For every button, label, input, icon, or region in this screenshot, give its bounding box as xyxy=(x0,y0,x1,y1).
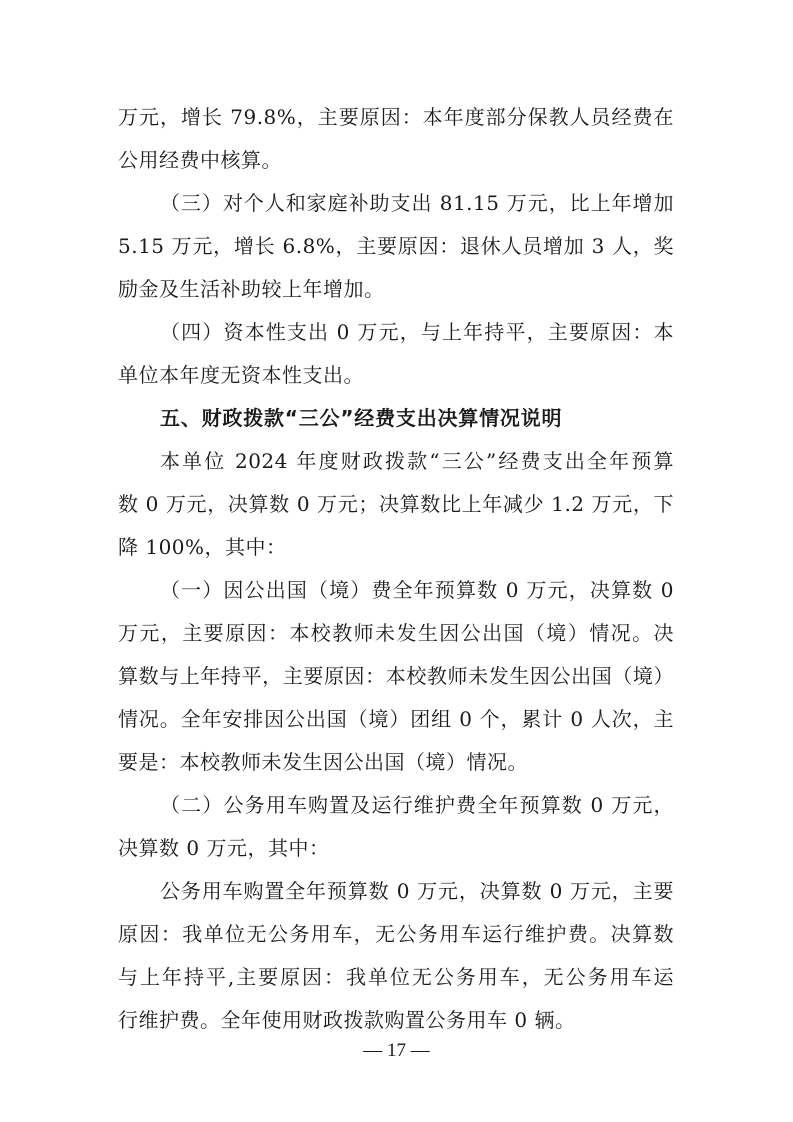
paragraph-capital-expense: （四）资本性支出 0 万元，与上年持平，主要原因：本 单位本年度无资本性支出。 xyxy=(118,311,674,397)
text-line: 行维护费。全年使用财政拨款购置公务用车 0 辆。 xyxy=(118,999,674,1042)
text-line: 5.15 万元，增长 6.8%，主要原因：退休人员增加 3 人，奖 xyxy=(118,225,674,268)
text-line: 决算数 0 万元，其中： xyxy=(118,827,674,870)
text-line: 单位本年度无资本性支出。 xyxy=(118,354,674,397)
text-line: 励金及生活补助较上年增加。 xyxy=(118,268,674,311)
text-line: 算数与上年持平，主要原因：本校教师未发生因公出国（境） xyxy=(118,655,674,698)
paragraph-overseas-travel: （一）因公出国（境）费全年预算数 0 万元，决算数 0 万元，主要原因：本校教师… xyxy=(118,569,674,784)
page-number: — 17 — xyxy=(0,1040,793,1062)
text-line: （二）公务用车购置及运行维护费全年预算数 0 万元， xyxy=(118,784,674,827)
paragraph-three-public-summary: 本单位 2024 年度财政拨款“三公”经费支出全年预算 数 0 万元，决算数 0… xyxy=(118,440,674,569)
section-heading-five: 五、财政拨款“三公”经费支出决算情况说明 xyxy=(118,397,674,440)
text-line: 万元，增长 79.8%，主要原因：本年度部分保教人员经费在 xyxy=(118,96,674,139)
text-line: 本单位 2024 年度财政拨款“三公”经费支出全年预算 xyxy=(118,440,674,483)
paragraph-vehicle-purchase: 公务用车购置全年预算数 0 万元，决算数 0 万元，主要 原因：我单位无公务用车… xyxy=(118,870,674,1042)
text-line: （一）因公出国（境）费全年预算数 0 万元，决算数 0 xyxy=(118,569,674,612)
text-line: 与上年持平,主要原因：我单位无公务用车，无公务用车运 xyxy=(118,956,674,999)
text-line: 原因：我单位无公务用车，无公务用车运行维护费。决算数 xyxy=(118,913,674,956)
text-line: 数 0 万元，决算数 0 万元；决算数比上年减少 1.2 万元，下 xyxy=(118,483,674,526)
paragraph-vehicle-expense: （二）公务用车购置及运行维护费全年预算数 0 万元， 决算数 0 万元，其中： xyxy=(118,784,674,870)
paragraph-individual-family-subsidy: （三）对个人和家庭补助支出 81.15 万元，比上年增加 5.15 万元，增长 … xyxy=(118,182,674,311)
text-line: 万元，主要原因：本校教师未发生因公出国（境）情况。决 xyxy=(118,612,674,655)
text-line: 公务用车购置全年预算数 0 万元，决算数 0 万元，主要 xyxy=(118,870,674,913)
text-line: 公用经费中核算。 xyxy=(118,139,674,182)
paragraph-public-expense-tail: 万元，增长 79.8%，主要原因：本年度部分保教人员经费在 公用经费中核算。 xyxy=(118,96,674,182)
document-page: 万元，增长 79.8%，主要原因：本年度部分保教人员经费在 公用经费中核算。 （… xyxy=(118,96,674,1042)
text-line: 情况。全年安排因公出国（境）团组 0 个，累计 0 人次，主 xyxy=(118,698,674,741)
text-line: （四）资本性支出 0 万元，与上年持平，主要原因：本 xyxy=(118,311,674,354)
text-line: （三）对个人和家庭补助支出 81.15 万元，比上年增加 xyxy=(118,182,674,225)
text-line: 降 100%，其中： xyxy=(118,526,674,569)
section-title: 五、财政拨款“三公”经费支出决算情况说明 xyxy=(118,397,674,440)
text-line: 要是：本校教师未发生因公出国（境）情况。 xyxy=(118,741,674,784)
